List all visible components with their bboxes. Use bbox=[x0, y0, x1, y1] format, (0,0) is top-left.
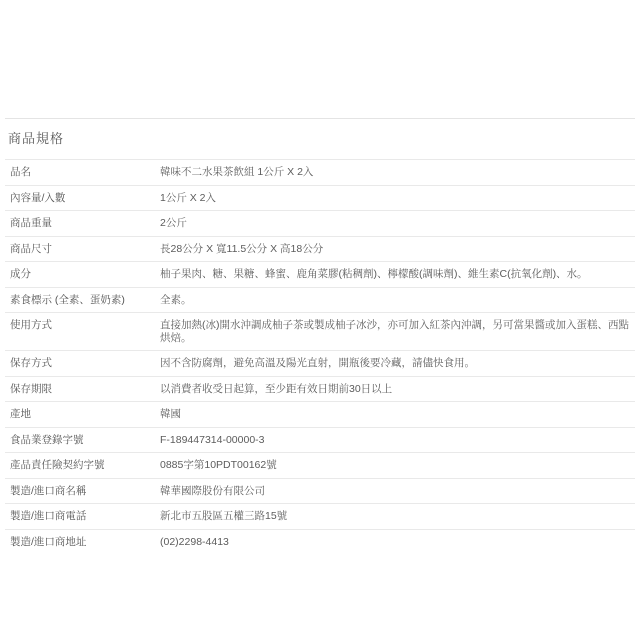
row-value: 柚子果肉、糖、果糖、蜂蜜、鹿角菜膠(粘稠劑)、檸檬酸(調味劑)、維生素C(抗氧化… bbox=[160, 262, 635, 287]
table-row: 商品尺寸 長28公分 X 寬11.5公分 X 高18公分 bbox=[5, 236, 635, 262]
row-value: 0885字第10PDT00162號 bbox=[160, 453, 635, 478]
row-label: 使用方式 bbox=[5, 313, 160, 338]
row-value: 韓國 bbox=[160, 402, 635, 427]
row-label: 製造/進口商地址 bbox=[5, 530, 160, 555]
table-row: 保存方式 因不含防腐劑，避免高溫及陽光直射，開瓶後要冷藏，請儘快食用。 bbox=[5, 350, 635, 376]
row-value: 2公斤 bbox=[160, 211, 635, 236]
row-label: 成分 bbox=[5, 262, 160, 287]
row-value: 1公斤 X 2入 bbox=[160, 186, 635, 211]
section-title: 商品規格 bbox=[5, 119, 635, 159]
table-row: 使用方式 直接加熱(冰)開水沖調成柚子茶或製成柚子冰沙，亦可加入紅茶內沖調，另可… bbox=[5, 312, 635, 350]
row-label: 食品業登錄字號 bbox=[5, 428, 160, 453]
table-row: 產地 韓國 bbox=[5, 401, 635, 427]
row-label: 保存方式 bbox=[5, 351, 160, 376]
row-label: 品名 bbox=[5, 160, 160, 185]
table-row: 內容量/入數 1公斤 X 2入 bbox=[5, 185, 635, 211]
row-value: 全素。 bbox=[160, 288, 635, 313]
product-spec-section: 商品規格 品名 韓味不二水果茶飲組 1公斤 X 2入 內容量/入數 1公斤 X … bbox=[5, 118, 635, 554]
row-label: 保存期限 bbox=[5, 377, 160, 402]
row-value: 直接加熱(冰)開水沖調成柚子茶或製成柚子冰沙，亦可加入紅茶內沖調，另可當果醬或加… bbox=[160, 313, 635, 350]
table-row: 素食標示 (全素、蛋奶素) 全素。 bbox=[5, 287, 635, 313]
table-row: 食品業登錄字號 F-189447314-00000-3 bbox=[5, 427, 635, 453]
row-label: 產地 bbox=[5, 402, 160, 427]
row-value: 因不含防腐劑，避免高溫及陽光直射，開瓶後要冷藏，請儘快食用。 bbox=[160, 351, 635, 376]
spec-table: 品名 韓味不二水果茶飲組 1公斤 X 2入 內容量/入數 1公斤 X 2入 商品… bbox=[5, 159, 635, 554]
table-row: 商品重量 2公斤 bbox=[5, 210, 635, 236]
table-row: 產品責任險契約字號 0885字第10PDT00162號 bbox=[5, 452, 635, 478]
row-label: 內容量/入數 bbox=[5, 186, 160, 211]
row-value: F-189447314-00000-3 bbox=[160, 428, 635, 453]
row-value: 新北市五股區五權三路15號 bbox=[160, 504, 635, 529]
table-row: 製造/進口商地址 (02)2298-4413 bbox=[5, 529, 635, 555]
row-value: 長28公分 X 寬11.5公分 X 高18公分 bbox=[160, 237, 635, 262]
row-value: 韓味不二水果茶飲組 1公斤 X 2入 bbox=[160, 160, 635, 185]
row-label: 商品尺寸 bbox=[5, 237, 160, 262]
row-value: 韓華國際股份有限公司 bbox=[160, 479, 635, 504]
table-row: 成分 柚子果肉、糖、果糖、蜂蜜、鹿角菜膠(粘稠劑)、檸檬酸(調味劑)、維生素C(… bbox=[5, 261, 635, 287]
row-label: 製造/進口商電話 bbox=[5, 504, 160, 529]
row-label: 素食標示 (全素、蛋奶素) bbox=[5, 288, 160, 313]
row-value: 以消費者收受日起算，至少距有效日期前30日以上 bbox=[160, 377, 635, 402]
row-label: 製造/進口商名稱 bbox=[5, 479, 160, 504]
table-row: 製造/進口商名稱 韓華國際股份有限公司 bbox=[5, 478, 635, 504]
row-label: 產品責任險契約字號 bbox=[5, 453, 160, 478]
table-row: 品名 韓味不二水果茶飲組 1公斤 X 2入 bbox=[5, 159, 635, 185]
table-row: 製造/進口商電話 新北市五股區五權三路15號 bbox=[5, 503, 635, 529]
row-value: (02)2298-4413 bbox=[160, 530, 635, 555]
row-label: 商品重量 bbox=[5, 211, 160, 236]
table-row: 保存期限 以消費者收受日起算，至少距有效日期前30日以上 bbox=[5, 376, 635, 402]
